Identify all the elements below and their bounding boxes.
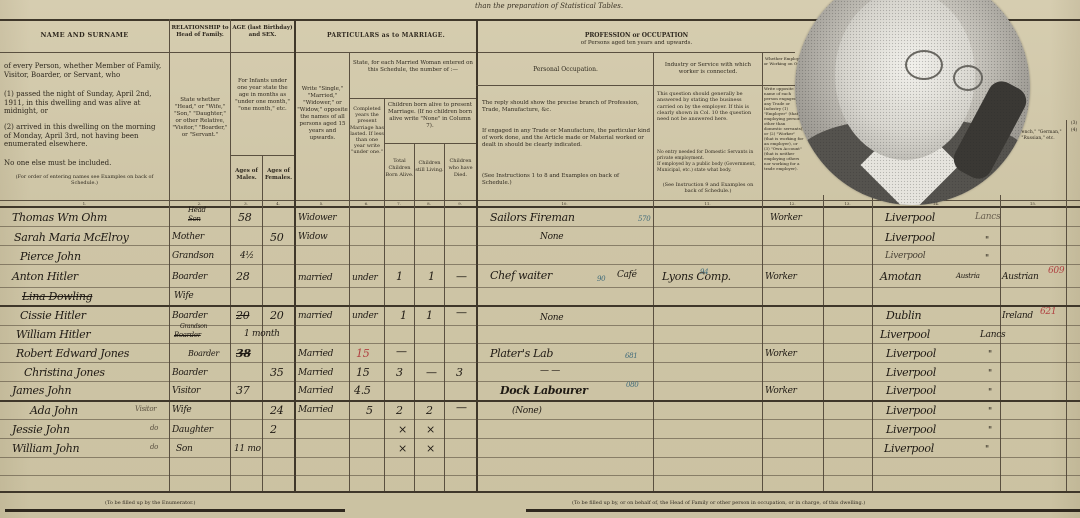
cell-occupation: Sailors Fireman: [490, 211, 575, 224]
cell-employer: Worker: [765, 272, 797, 282]
cell-birthplace: Liverpool: [886, 384, 936, 397]
cell-name: Ada John: [30, 404, 78, 417]
cell-county: ": [988, 426, 992, 436]
cell-name: William John: [12, 442, 79, 455]
cell-age-male: 28: [236, 270, 249, 283]
cell-total: 3: [396, 366, 403, 379]
header-industry-body4: (See Instruction 9 and Examples on back …: [657, 182, 759, 194]
cell-name: Jessie John: [12, 423, 70, 436]
header-married-women: State, for each Married Woman entered on…: [352, 60, 474, 74]
header-personal-body2: If engaged in any Trade or Manufacture, …: [482, 128, 650, 149]
cell-relationship: Son: [176, 444, 192, 454]
col-divider-4: [294, 19, 296, 491]
cell-birthplace: Liverpool: [880, 328, 930, 341]
cell-age-female: 24: [270, 404, 283, 417]
cell-occ-code: 570: [638, 215, 650, 223]
footer-head-note: (To be filled up by, or on behalf of, th…: [572, 500, 865, 506]
header-name-title: NAME AND SURNAME: [0, 32, 169, 39]
cell-name: William Hitler: [16, 328, 90, 341]
col-divider-6: [384, 98, 385, 491]
cell-age-male-struck: 20: [236, 309, 249, 322]
cell-relationship: Boarder: [172, 311, 207, 321]
cell-name: Anton Hitler: [12, 270, 78, 283]
cell-marital: Married: [298, 368, 333, 378]
cell-marital: Widower: [298, 213, 336, 223]
header-personal-occupation: Personal Occupation.: [478, 66, 653, 73]
cell-relationship: Head: [188, 206, 206, 214]
cell-county: ": [985, 445, 989, 455]
col-divider-1: [169, 19, 170, 491]
header-relationship-body: State whether "Head," or "Wife," "Son," …: [172, 97, 228, 139]
cell-living: ×: [426, 442, 435, 455]
header-children: Children born alive to present Marriage.…: [386, 102, 474, 130]
cell-county: Austria: [956, 272, 980, 280]
row-divider-thick: [0, 305, 1080, 307]
header-name-body5: (For order of entering names see Example…: [2, 174, 167, 186]
row-divider: [0, 343, 1080, 344]
portrait-photo: [795, 0, 1030, 205]
cell-name: Pierce John: [20, 250, 81, 263]
cell-relationship: Boarder: [172, 368, 207, 378]
cell-birthplace: Liverpool: [886, 404, 936, 417]
cell-nationality: Ireland: [1002, 311, 1033, 321]
table-bottom-border: [0, 491, 1080, 493]
header-marriage-title: PARTICULARS as to MARRIAGE.: [296, 32, 476, 39]
cell-died: —: [456, 401, 467, 414]
cell-years: 5: [366, 404, 373, 417]
cell-name-note: do: [150, 424, 158, 432]
header-marriage-years: Completed years the present Marriage has…: [350, 106, 384, 156]
cell-birthplace: Amotan: [880, 270, 921, 283]
cell-name-note: do: [150, 443, 158, 451]
colnum-6: 6.: [349, 201, 384, 206]
cell-red-mark: 621: [1040, 307, 1056, 317]
cell-total: —: [396, 345, 407, 358]
cell-total: ×: [398, 423, 407, 436]
cell-birthplace: Liverpool: [885, 251, 925, 261]
cell-marital: Married: [298, 349, 333, 359]
cell-occupation: Dock Labourer: [500, 384, 588, 397]
cell-county: ": [985, 254, 989, 264]
cell-county: ": [985, 236, 989, 246]
cell-living: 1: [426, 309, 433, 322]
cell-total: 1: [396, 270, 403, 283]
cell-occupation: (None): [512, 406, 542, 416]
cell-age-male: 11 mo: [234, 444, 261, 454]
cell-nationality: Austrian: [1002, 272, 1038, 282]
header-marriage-write: Write "Single," "Married," "Widower," or…: [297, 86, 348, 142]
cell-occ-code: 90: [597, 275, 605, 283]
row-divider: [0, 226, 1080, 227]
cell-occ-code: 080: [626, 381, 638, 389]
cell-living: ×: [426, 423, 435, 436]
cell-name: Sarah Maria McElroy: [14, 231, 129, 244]
cell-name: Robert Edward Jones: [16, 347, 129, 360]
profession-sub-divider: [476, 85, 795, 86]
cell-total: 2: [396, 404, 403, 417]
cell-birthplace: Liverpool: [885, 231, 935, 244]
colnum-1: 1.: [0, 201, 169, 206]
cell-marital: married: [298, 273, 332, 283]
cell-county: ": [988, 407, 992, 417]
cell-total: 1: [400, 309, 407, 322]
cell-birthplace: Dublin: [886, 309, 921, 322]
colnum-5: 5.: [294, 201, 349, 206]
cell-living: —: [426, 366, 437, 379]
cell-relationship: Boarder: [188, 349, 219, 358]
cell-employer: Worker: [765, 349, 797, 359]
cell-name-struck: Lina Dowling: [22, 290, 92, 303]
cell-birthplace: Liverpool: [886, 347, 936, 360]
colnum-10: 10.: [476, 201, 653, 206]
row-divider: [0, 457, 1080, 458]
cell-relationship-struck: Son: [188, 215, 201, 223]
row-divider: [0, 287, 1080, 288]
row-divider-thick: [0, 400, 1080, 402]
cell-county: ": [988, 388, 992, 398]
cell-birthplace: Liverpool: [885, 211, 935, 224]
cell-relationship: Wife: [174, 291, 193, 301]
cell-age-male: 4½: [240, 251, 254, 261]
cell-birthplace: Liverpool: [886, 366, 936, 379]
cell-occupation: None: [540, 313, 563, 323]
cell-marital: married: [298, 311, 332, 321]
header-profession-title: PROFESSION or OCCUPATION: [478, 32, 795, 39]
cell-marital: Married: [298, 405, 333, 415]
cell-age-female: 20: [270, 309, 283, 322]
col-divider-10: [653, 52, 654, 491]
header-name-body4: No one else must be included.: [4, 159, 164, 168]
header-profession-subtitle: of Persons aged ten years and upwards.: [478, 40, 795, 47]
header-age-title: AGE (last Birthday) and SEX.: [231, 25, 294, 39]
cell-age-male: 37: [236, 384, 249, 397]
cell-red-mark: 609: [1048, 266, 1064, 276]
header-industry-body2: No entry needed for Domestic Servants in…: [657, 150, 759, 161]
row-divider: [0, 245, 1080, 246]
cell-occupation: — —: [540, 366, 560, 376]
colnum-bottom-border: [0, 206, 1080, 208]
age-sub-divider: [230, 155, 294, 156]
row-divider: [0, 381, 1080, 382]
cell-name: Thomas Wm Ohm: [12, 211, 107, 224]
cell-occ-code: 681: [625, 352, 637, 360]
footer-bar-left: [5, 509, 345, 512]
cell-years: 15: [356, 347, 369, 360]
cell-name: Christina Jones: [24, 366, 105, 379]
cell-occupation: Plater's Lab: [490, 347, 553, 360]
cell-years: under: [352, 273, 377, 283]
header-relationship-title: RELATIONSHIP to Head of Family.: [170, 25, 230, 39]
children-sub-divider: [384, 143, 476, 144]
cell-name-note: Visitor: [135, 405, 156, 413]
colnum-7: 7.: [384, 201, 414, 206]
cell-relationship: Boarder: [174, 331, 201, 339]
colnum-8: 8.: [414, 201, 444, 206]
colnum-3: 3.: [230, 201, 262, 206]
cell-age-male: 1 month: [244, 329, 280, 339]
header-children-living: Children still Living.: [415, 160, 444, 174]
header-age-males: Ages of Males.: [231, 168, 262, 182]
cell-died: —: [456, 270, 467, 283]
cell-occ-extra: Café: [617, 270, 637, 280]
header-personal-body1: The reply should show the precise branch…: [482, 100, 650, 114]
header-industry-body1: This question should generally be answer…: [657, 91, 759, 122]
header-name-body2: (1) passed the night of Sunday, April 2n…: [4, 90, 164, 116]
row-divider: [0, 325, 1080, 326]
cell-county: ": [988, 350, 992, 360]
header-children-died: Children who have Died.: [445, 158, 476, 179]
cell-employer: Worker: [770, 213, 802, 223]
cell-relationship: Boarder: [172, 272, 207, 282]
cell-died: 3: [456, 366, 463, 379]
cell-name: Cissie Hitler: [20, 309, 86, 322]
cell-employer: Worker: [765, 386, 797, 396]
cell-age-male: 38: [236, 347, 251, 360]
header-industry-body3: If employed by a public body (Government…: [657, 162, 759, 173]
header-age-females: Ages of Females.: [263, 168, 294, 182]
colnum-11: 11.: [653, 201, 762, 206]
cell-relationship: Mother: [172, 232, 204, 242]
row-divider: [0, 419, 1080, 420]
cell-total: ×: [398, 442, 407, 455]
header-infirmity-partial: (3) (4): [1068, 120, 1080, 134]
row-divider: [0, 475, 1080, 476]
cell-age-female: 35: [270, 366, 283, 379]
cell-years: 15: [356, 366, 369, 379]
header-name-body3: (2) arrived in this dwelling on the morn…: [4, 123, 164, 149]
colnum-4: 4.: [262, 201, 294, 206]
cell-relationship: Visitor: [172, 386, 200, 396]
cell-relationship-note: Grandson: [180, 323, 207, 330]
cell-relationship: Grandson: [172, 251, 214, 261]
cell-age-female: 50: [270, 231, 283, 244]
header-name-body1: of every Person, whether Member of Famil…: [4, 62, 164, 79]
cell-name: James John: [12, 384, 71, 397]
header-title-divider: [0, 52, 795, 53]
footer-enumerator-note: (To be filled up by the Enumerator.): [105, 500, 196, 506]
header-industry: Industry or Service with which worker is…: [655, 62, 761, 76]
header-personal-body3: (See Instructions 1 to 8 and Examples on…: [482, 173, 650, 187]
cell-age-female: 2: [270, 423, 277, 436]
col-divider-11: [762, 52, 763, 491]
top-note: than the preparation of Statistical Tabl…: [475, 2, 623, 10]
cell-occupation: Chef waiter: [490, 269, 552, 282]
cell-marital: Married: [298, 386, 333, 396]
row-divider: [0, 264, 1080, 265]
cell-county: ": [988, 369, 992, 379]
cell-county: Lancs: [975, 212, 1000, 222]
cell-birthplace: Liverpool: [886, 423, 936, 436]
cell-occupation: None: [540, 232, 563, 242]
cell-marital: Widow: [298, 232, 327, 242]
footer-bar-right: [526, 509, 1080, 512]
cell-age-male: 58: [238, 211, 251, 224]
cell-county: Lancs: [980, 330, 1005, 340]
cell-relationship: Wife: [172, 405, 191, 415]
col-divider-2: [230, 19, 231, 491]
cell-living: 1: [428, 270, 435, 283]
marriage-sub-divider: [349, 98, 476, 99]
colnum-9: 9.: [444, 201, 476, 206]
cell-relationship: Daughter: [172, 425, 213, 435]
cell-living: 2: [426, 404, 433, 417]
cell-birthplace: Liverpool: [884, 442, 934, 455]
header-children-total: Total Children Born Alive.: [385, 158, 414, 179]
cell-years: under: [352, 311, 377, 321]
row-divider: [0, 362, 1080, 363]
row-divider: [0, 438, 1080, 439]
cell-years: 4.5: [354, 384, 371, 397]
cell-died: —: [456, 306, 467, 319]
halftone-texture: [795, 0, 1030, 205]
col-divider-9: [476, 19, 478, 491]
cell-industry: Lyons Comp.: [662, 270, 731, 283]
cell-ind-code: 94: [700, 268, 708, 276]
header-age-body: For Infants under one year state the age…: [233, 78, 292, 113]
